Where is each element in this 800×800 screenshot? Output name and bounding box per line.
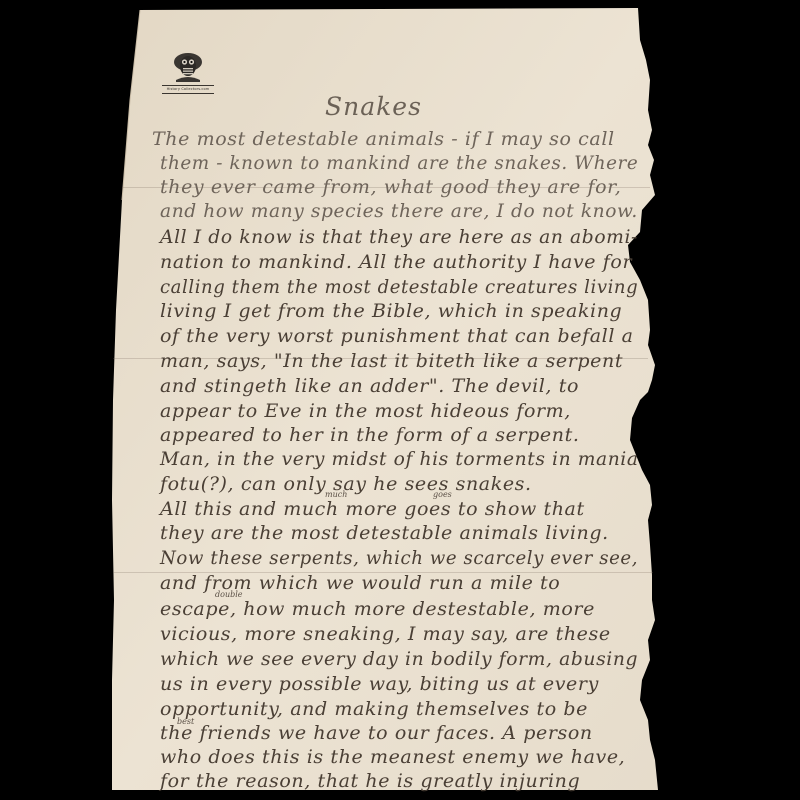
text-line: for the reason, that he is greatly injur… (160, 770, 580, 792)
text-line: they are the most detestable animals liv… (160, 522, 609, 544)
text-line: All I do know is that they are here as a… (160, 226, 638, 248)
text-line: Man, in the very midst of his torments i… (160, 448, 639, 470)
text-line: them - known to mankind are the snakes. … (160, 152, 638, 174)
text-line: opportunity, and making themselves to be (160, 698, 588, 720)
text-line: calling them the most detestable creatur… (160, 276, 638, 298)
text-line: us in every possible way, biting us at e… (160, 673, 599, 695)
text-line: living I get from the Bible, which in sp… (160, 300, 622, 322)
text-line: appear to Eve in the most hideous form, (160, 400, 571, 422)
text-line: they ever came from, what good they are … (160, 176, 621, 198)
text-line: and stingeth like an adder". The devil, … (160, 375, 579, 397)
text-line: nation to mankind. All the authority I h… (160, 251, 632, 273)
text-line: which we see every day in bodily form, a… (160, 648, 638, 670)
text-line: and how many species there are, I do not… (160, 200, 638, 222)
text-line: the friends we have to our faces. A pers… (160, 722, 593, 744)
text-line: vicious, more sneaking, I may say, are t… (160, 623, 611, 645)
photo-background: History Collectors.com Snakes The most d… (0, 0, 800, 800)
handwritten-body: The most detestable animals - if I may s… (0, 0, 800, 800)
text-line: The most detestable animals - if I may s… (152, 128, 615, 150)
text-line: escape, how much more destestable, more (160, 598, 595, 620)
text-line: of the very worst punishment that can be… (160, 325, 634, 347)
text-line: who does this is the meanest enemy we ha… (160, 746, 625, 768)
text-line: man, says, "In the last it biteth like a… (160, 350, 623, 372)
text-line: Now these serpents, which we scarcely ev… (160, 547, 638, 569)
text-line: All this and much more goes to show that (160, 498, 585, 520)
text-line: appeared to her in the form of a serpent… (160, 424, 579, 446)
